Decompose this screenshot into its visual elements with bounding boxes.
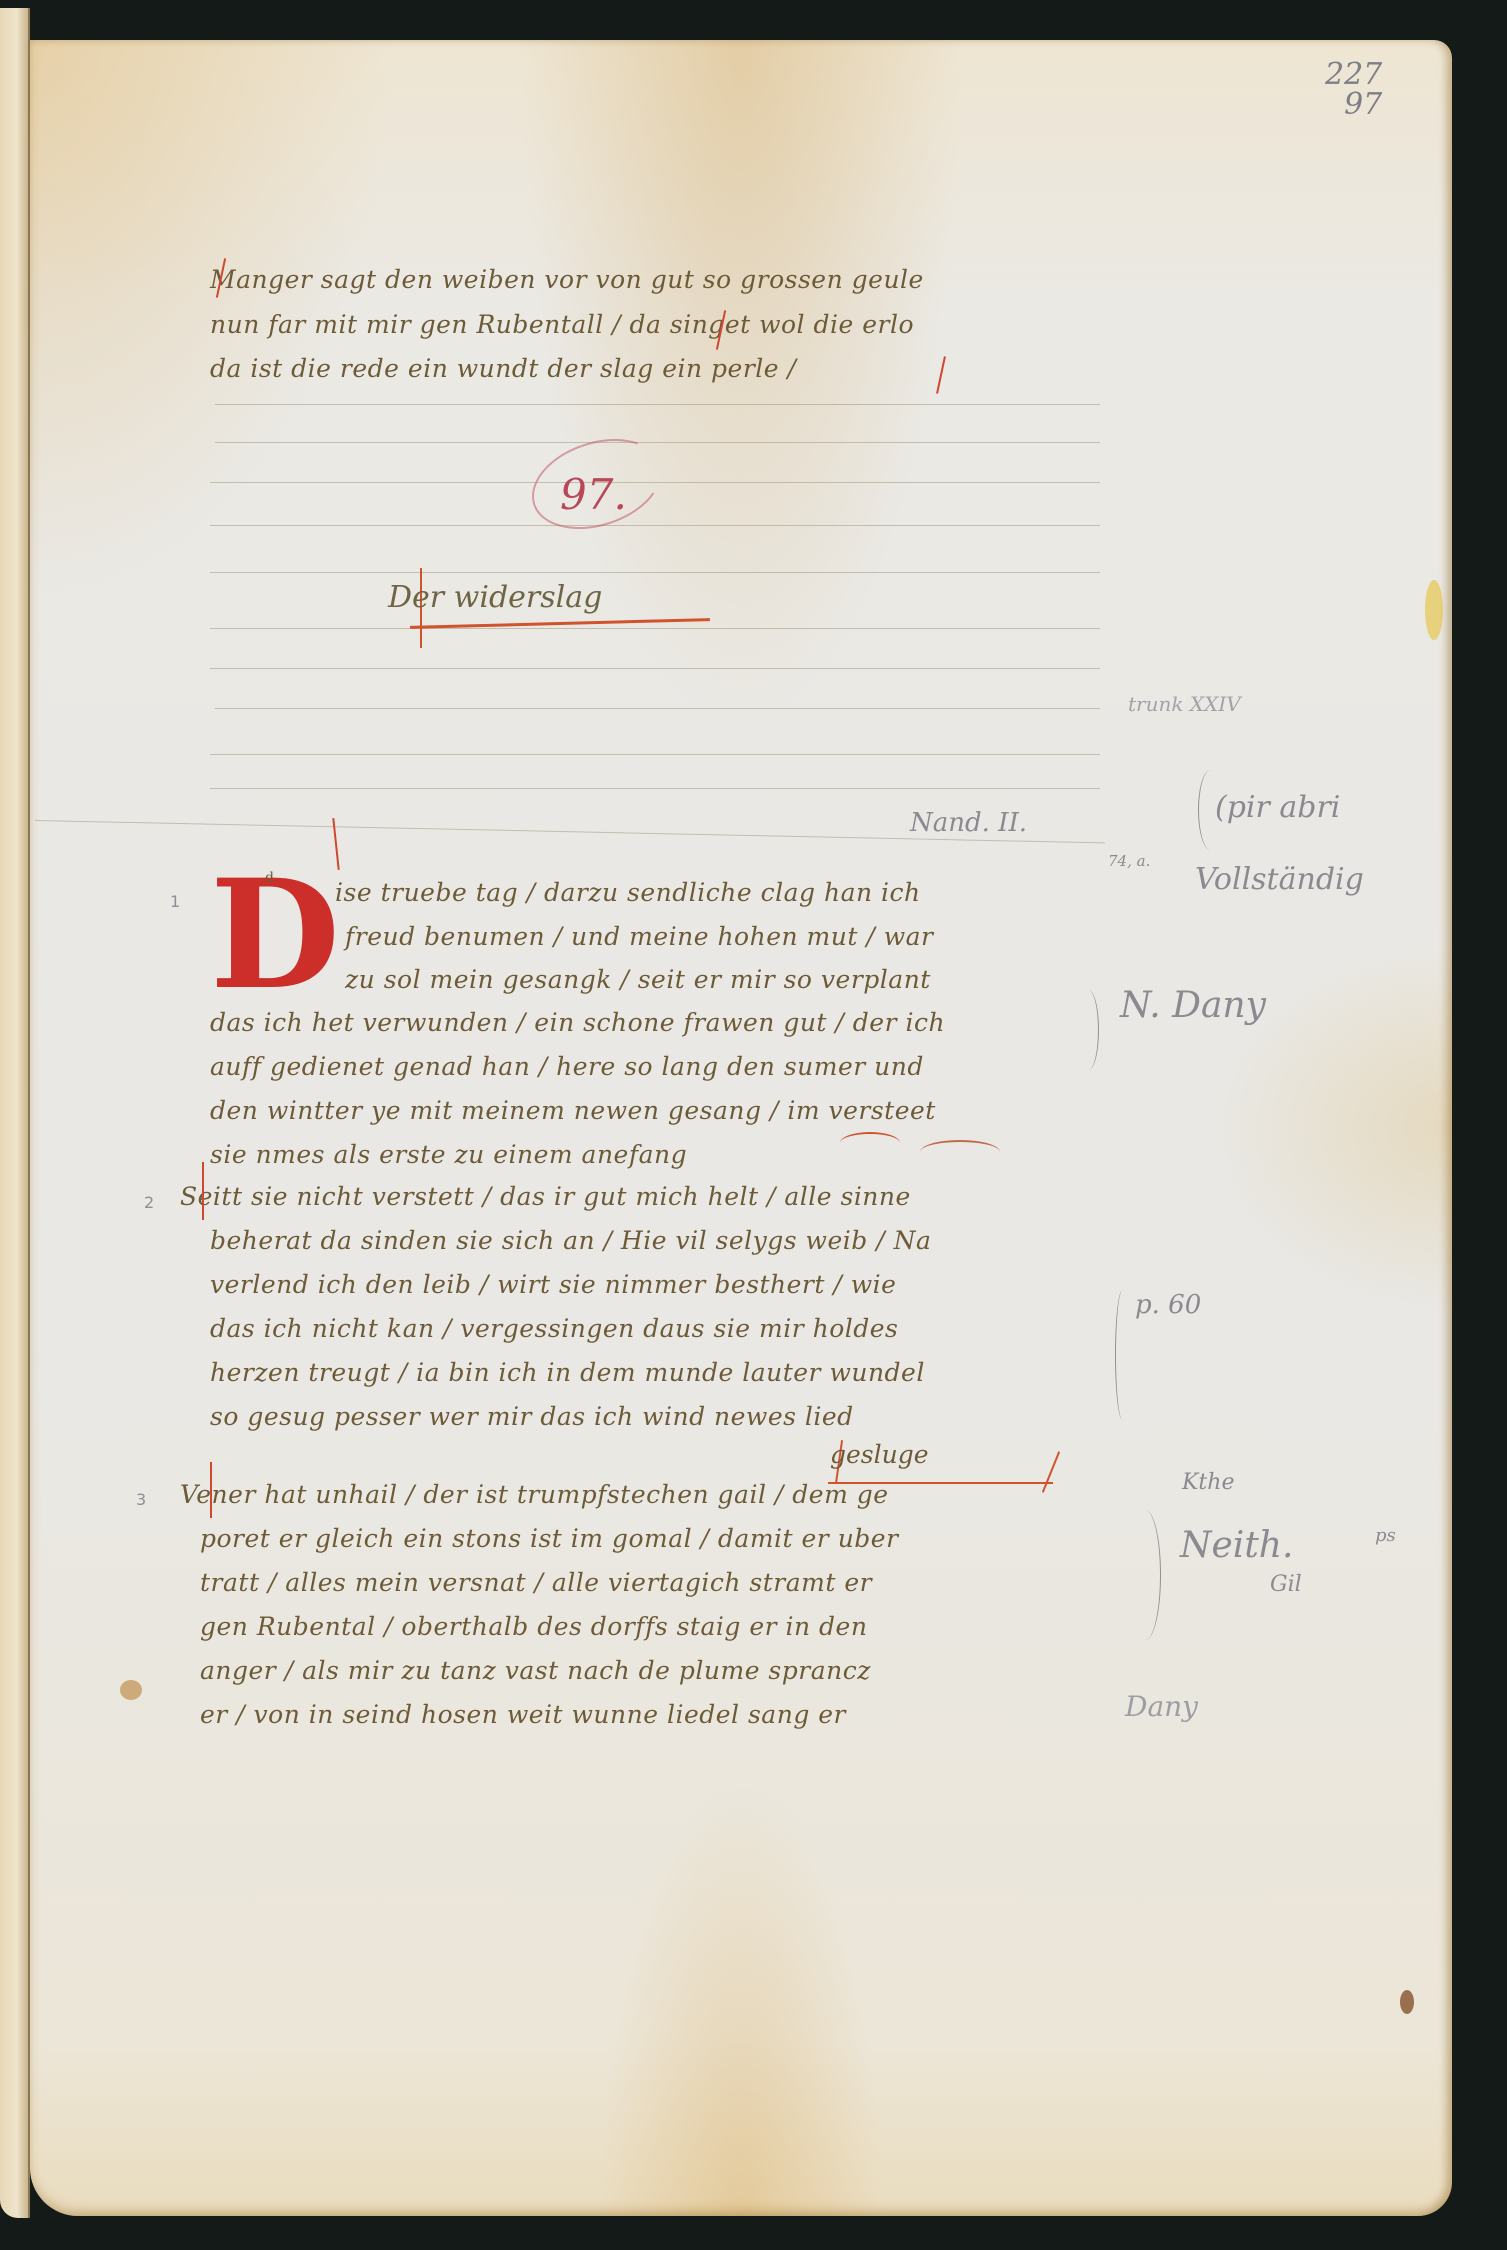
stanza-line: ise truebe tag / darzu sendliche clag ha…: [335, 878, 921, 907]
stanza-line: so gesug pesser wer mir das ich wind new…: [210, 1402, 854, 1431]
stanza-line: er / von in seind hosen weit wunne liede…: [200, 1700, 846, 1729]
ruling-line: [215, 442, 1100, 443]
pencil-annotation: p. 60: [1135, 1290, 1201, 1320]
verse-number: 3: [136, 1490, 146, 1509]
pencil-annotation: Neith.: [1180, 1525, 1293, 1566]
opening-line: nun far mit mir gen Rubentall / da singe…: [210, 310, 914, 339]
boxed-word: gesluge: [830, 1440, 929, 1469]
previous-page-edge: [0, 8, 30, 2218]
opening-line: da ist die rede ein wundt der slag ein p…: [210, 354, 796, 383]
rubric-stroke: [202, 1162, 204, 1220]
stanza-line: herzen treugt / ia bin ich in dem munde …: [210, 1358, 925, 1387]
ruling-line: [210, 572, 1100, 573]
pencil-annotation: Dany: [1125, 1690, 1198, 1723]
verse-number: 1: [170, 892, 180, 911]
stanza-line: beherat da sinden sie sich an / Hie vil …: [210, 1226, 931, 1255]
pencil-annotation: N. Dany: [1120, 985, 1266, 1026]
ruling-line: [210, 754, 1100, 755]
pencil-bracket: [1115, 1290, 1130, 1420]
ruling-line: [215, 404, 1100, 405]
verse-number: 2: [144, 1193, 154, 1212]
folio-number-primary: 227: [1325, 60, 1382, 90]
stanza-line: Vener hat unhail / der ist trumpfstechen…: [180, 1480, 889, 1509]
line-filler-flourish: [840, 1132, 900, 1154]
ruling-line: [210, 788, 1100, 789]
pencil-annotation: 74, a.: [1108, 852, 1150, 870]
stanza-line: das ich het verwunden / ein schone frawe…: [210, 1008, 945, 1037]
initial-guide-letter: d: [265, 870, 274, 886]
pencil-annotation: Nand. II.: [910, 808, 1027, 838]
pencil-annotation: trunk XXIV: [1128, 692, 1241, 716]
stanza-line: gen Rubental / oberthalb des dorffs stai…: [200, 1612, 867, 1641]
stanza-line: Seitt sie nicht verstett / das ir gut mi…: [180, 1182, 911, 1211]
stanza-line: poret er gleich ein stons ist im gomal /…: [200, 1524, 899, 1553]
rubric-stroke: [210, 1462, 212, 1518]
pencil-bracket: [1130, 1510, 1161, 1640]
decorated-initial: D: [210, 860, 340, 1010]
pencil-annotation: Kthe: [1182, 1470, 1234, 1495]
stanza-line: verlend ich den leib / wirt sie nimmer b…: [210, 1270, 896, 1299]
folio-number-secondary: 97: [1325, 90, 1382, 120]
chapter-number: 97.: [560, 470, 627, 519]
yellow-stain: [1425, 580, 1443, 640]
chapter-title: Der widerslag: [388, 580, 602, 615]
pencil-bracket: [1078, 990, 1099, 1070]
opening-line: Manger sagt den weiben vor von gut so gr…: [210, 265, 924, 294]
line-filler-flourish: [920, 1140, 1000, 1164]
stanza-line: das ich nicht kan / vergessingen daus si…: [210, 1314, 898, 1343]
ruling-line: [210, 668, 1100, 669]
stanza-line: auff gedienet genad han / here so lang d…: [210, 1052, 924, 1081]
foxing-stain: [1400, 1990, 1414, 2014]
stanza-line: den wintter ye mit meinem newen gesang /…: [210, 1096, 936, 1125]
ruling-line: [215, 708, 1100, 709]
stanza-line: freud benumen / und meine hohen mut / wa…: [345, 922, 933, 951]
stanza-line: anger / als mir zu tanz vast nach de plu…: [200, 1656, 871, 1685]
pencil-annotation: Gil: [1270, 1572, 1302, 1597]
ruling-line: [210, 525, 1100, 526]
stanza-line: tratt / alles mein versnat / alle vierta…: [200, 1568, 872, 1597]
ruling-line: [210, 628, 1100, 629]
dark-background: [0, 0, 1507, 45]
stanza-line: sie nmes als erste zu einem anefang: [210, 1140, 687, 1169]
pencil-annotation: ps: [1375, 1525, 1396, 1546]
stanza-line: zu sol mein gesangk / seit er mir so ver…: [345, 965, 931, 994]
pencil-annotation: Vollständig: [1195, 862, 1364, 897]
pencil-annotation: (pir abri: [1215, 790, 1340, 825]
folio-number: 227 97: [1325, 60, 1382, 120]
foxing-stain: [120, 1680, 142, 1700]
